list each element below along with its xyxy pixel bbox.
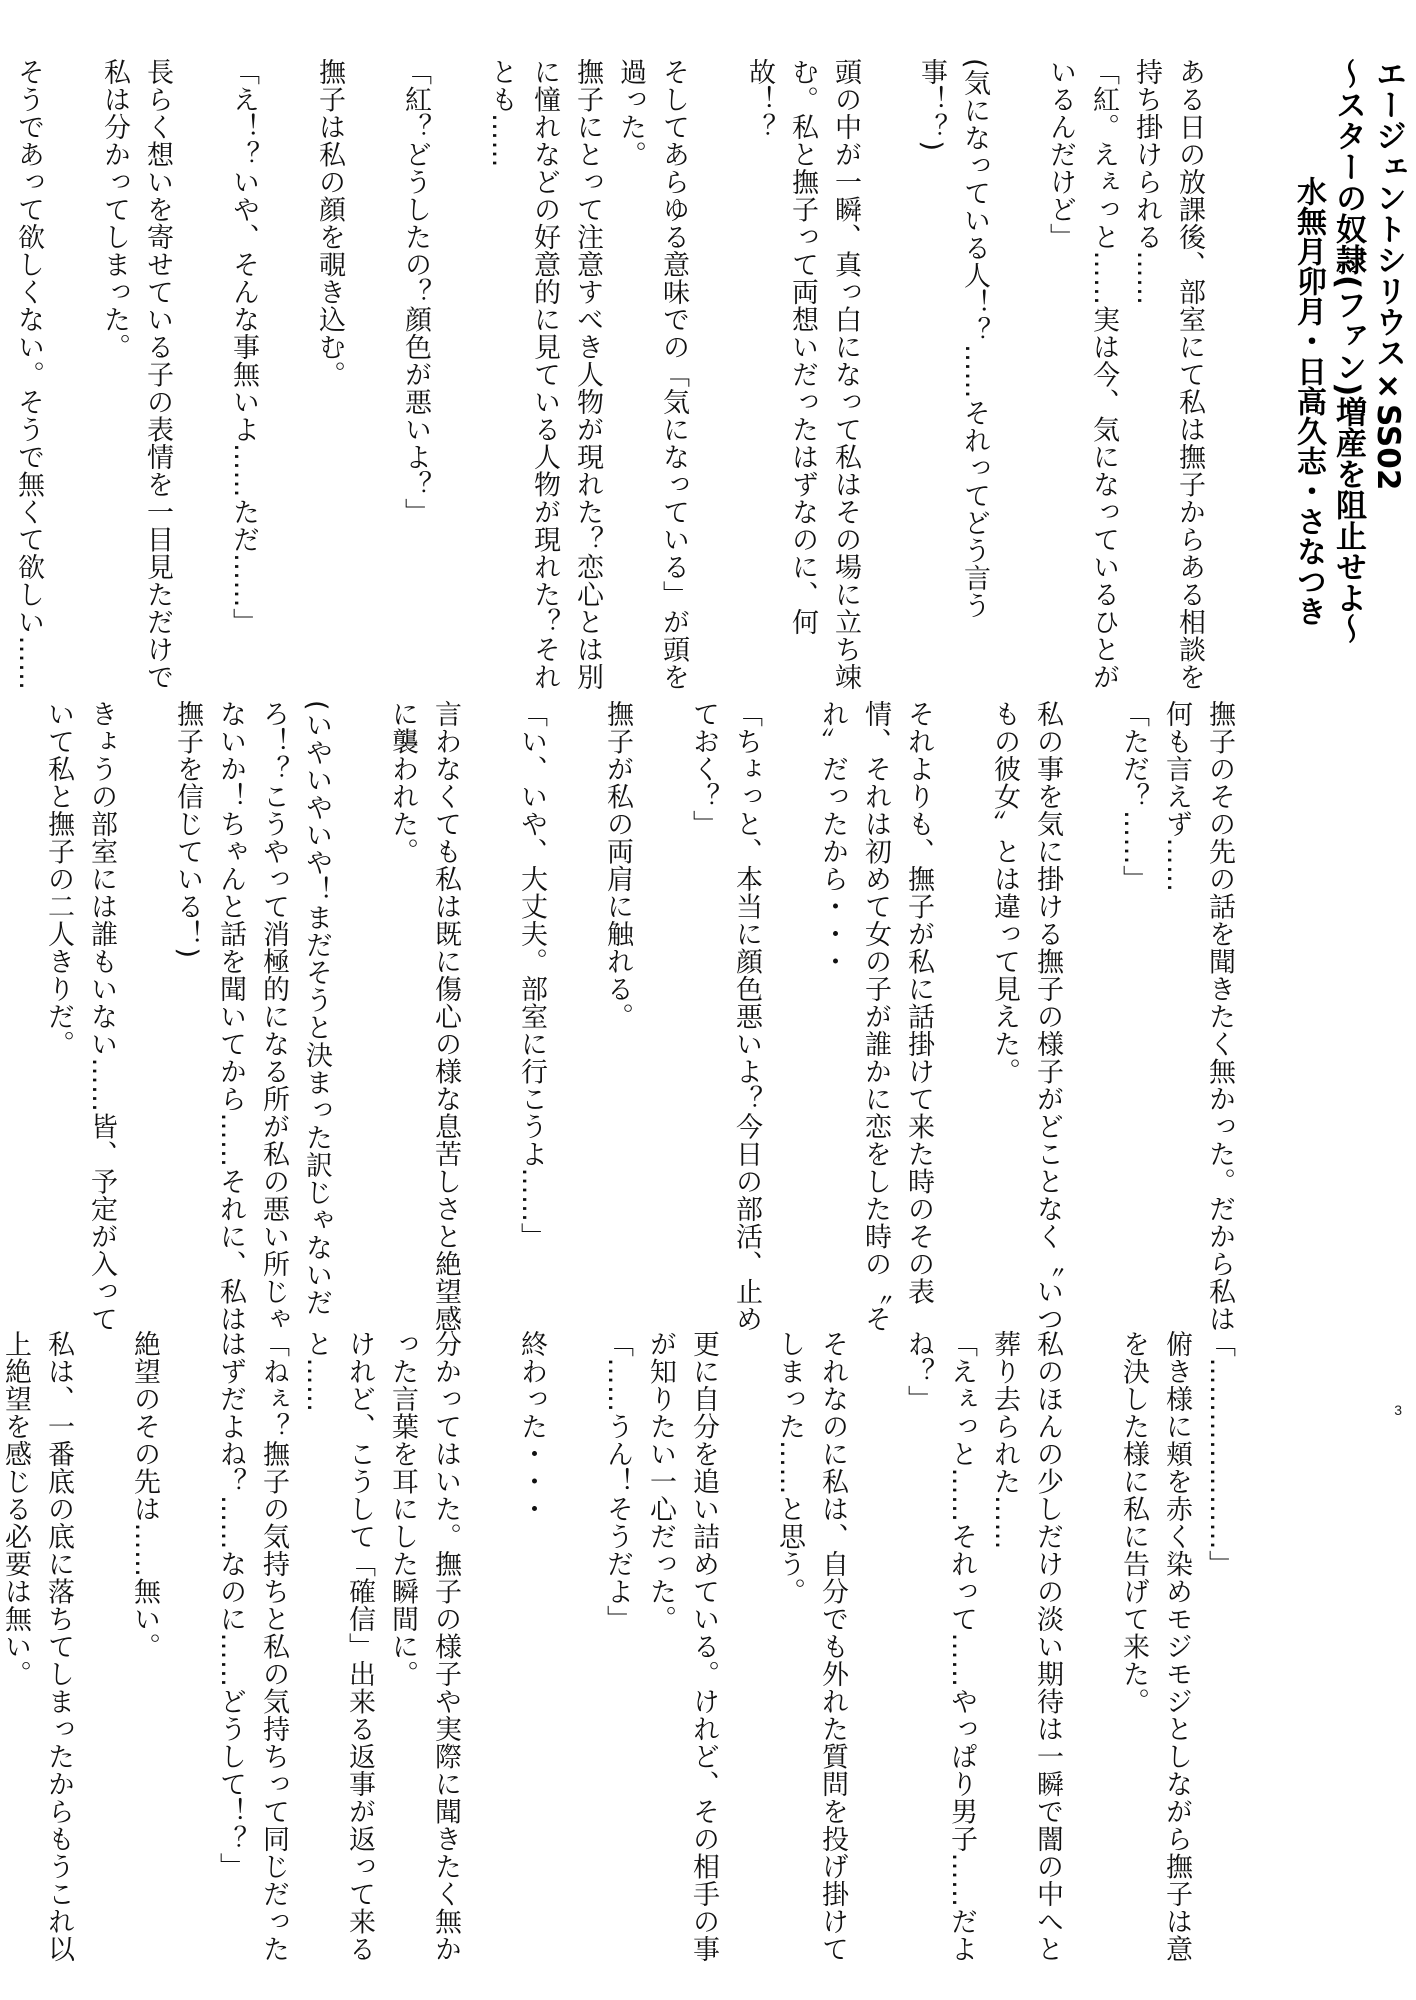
paragraph: 「い、いや、大丈夫。部室に行こうよ……」 — [510, 700, 553, 1340]
story-subtitle: ～スターの奴隷(ファン)増産を阻止せよ～ — [1328, 58, 1368, 644]
paragraph: 私のほんの少しだけの淡い期待は一瞬で闇の中へと葬り去られた…… — [983, 1330, 1069, 1970]
paragraph: (気になっている人！？……それってどう言う事！？) — [910, 58, 996, 698]
story-authors: 水無月卯月・日高久志・さなつき — [1288, 58, 1328, 644]
paragraph: 「紅？どうしたの？顔色が悪いよ？」 — [394, 58, 437, 698]
paragraph: 私は、一番底の底に落ちてしまったからもうこれ以上絶望を感じる必要は無い。 — [0, 1330, 80, 1970]
paragraph: ある日の放課後、部室にて私は撫子からある相談を持ち掛けられる…… — [1125, 58, 1211, 698]
paragraph: 「紅。えぇっと……実は今、気になっているひとがいるんだけど」 — [1039, 58, 1125, 698]
paragraph: 「え！？いや、そんな事無いよ……ただ……」 — [222, 58, 265, 698]
paragraph: 「ねぇ？撫子の気持ちと私の気持ちって同じだったはずだよね？……なのに……どうして… — [209, 1330, 295, 1970]
text-band-middle: 撫子のその先の話を聞きたく無かった。だから私は何も言えず…… 「ただ？……」 私… — [0, 700, 1241, 1340]
paragraph: 撫子は私の顔を覗き込む。 — [308, 58, 351, 698]
paragraph: 「えぇっと……それって……やっぱり男子……だよね？」 — [897, 1330, 983, 1970]
paragraph: 長らく想いを寄せている子の表情を一目見ただけで私は分かってしまった。 — [93, 58, 179, 698]
paragraph: (いやいやいや！まだそうと決まった訳じゃないだろ！？こうやって消極的になる所が私… — [166, 700, 338, 1340]
paragraph: 私の事を気に掛ける撫子の様子がどことなく〝いつもの彼女〟とは違って見えた。 — [983, 700, 1069, 1340]
paragraph: 撫子が私の両肩に触れる。 — [596, 700, 639, 1340]
paragraph: それよりも、撫子が私に話掛けて来た時のその表情、それは初めて女の子が誰かに恋をし… — [811, 700, 940, 1340]
paragraph: 分かってはいた。撫子の様子や実際に聞きたく無かった言葉を耳にした瞬間に。 — [381, 1330, 467, 1970]
paragraph: 俯き様に頬を赤く染めモジモジとしながら撫子は意を決した様に私に告げて来た。 — [1112, 1330, 1198, 1970]
paragraph: そしてあらゆる意味での「気になっている」が頭を過った。 — [609, 58, 695, 698]
paragraph: 「ちょっと、本当に顔色悪いよ？今日の部活、止めておく？」 — [682, 700, 768, 1340]
text-band-top: ある日の放課後、部室にて私は撫子からある相談を持ち掛けられる…… 「紅。えぇっと… — [7, 58, 1211, 698]
paragraph: 撫子にとって注意すべき人物が現れた？恋心とは別に憧れなどの好意的に見ている人物が… — [480, 58, 609, 698]
paragraph: 更に自分を追い詰めている。けれど、その相手の事が知りたい一心だった。 — [639, 1330, 725, 1970]
text-band-bottom: 「…………………」 俯き様に頬を赤く染めモジモジとしながら撫子は意を決した様に私… — [0, 1330, 1241, 1970]
story-title: エージェントシリウス×SS02 — [1368, 58, 1408, 644]
paragraph: 終わった・・・ — [510, 1330, 553, 1970]
paragraph: 言わなくても私は既に傷心の様な息苦しさと絶望感に襲われた。 — [381, 700, 467, 1340]
page-number: 3 — [1394, 1402, 1402, 1418]
paragraph: 「ただ？……」 — [1112, 700, 1155, 1340]
story-title-block: エージェントシリウス×SS02 ～スターの奴隷(ファン)増産を阻止せよ～ 水無月… — [1288, 58, 1408, 644]
paragraph: きょうの部室には誰もいない……皆、予定が入っていて私と撫子の二人きりだ。 — [37, 700, 123, 1340]
paragraph: それなのに私は、自分でも外れた質問を投げ掛けてしまった……と思う。 — [768, 1330, 854, 1970]
paragraph: 撫子のその先の話を聞きたく無かった。だから私は何も言えず…… — [1155, 700, 1241, 1340]
paragraph: そうであって欲しくない。そうで無くて欲しい…… — [7, 58, 50, 698]
paragraph: けれど、こうして「確信」出来る返事が返って来ると…… — [295, 1330, 381, 1970]
paragraph: 「…………………」 — [1198, 1330, 1241, 1970]
paragraph: 「……うん！そうだよ」 — [596, 1330, 639, 1970]
paragraph: 頭の中が一瞬、真っ白になって私はその場に立ち竦む。私と撫子って両想いだったはずな… — [738, 58, 867, 698]
paragraph: 絶望のその先は……無い。 — [123, 1330, 166, 1970]
